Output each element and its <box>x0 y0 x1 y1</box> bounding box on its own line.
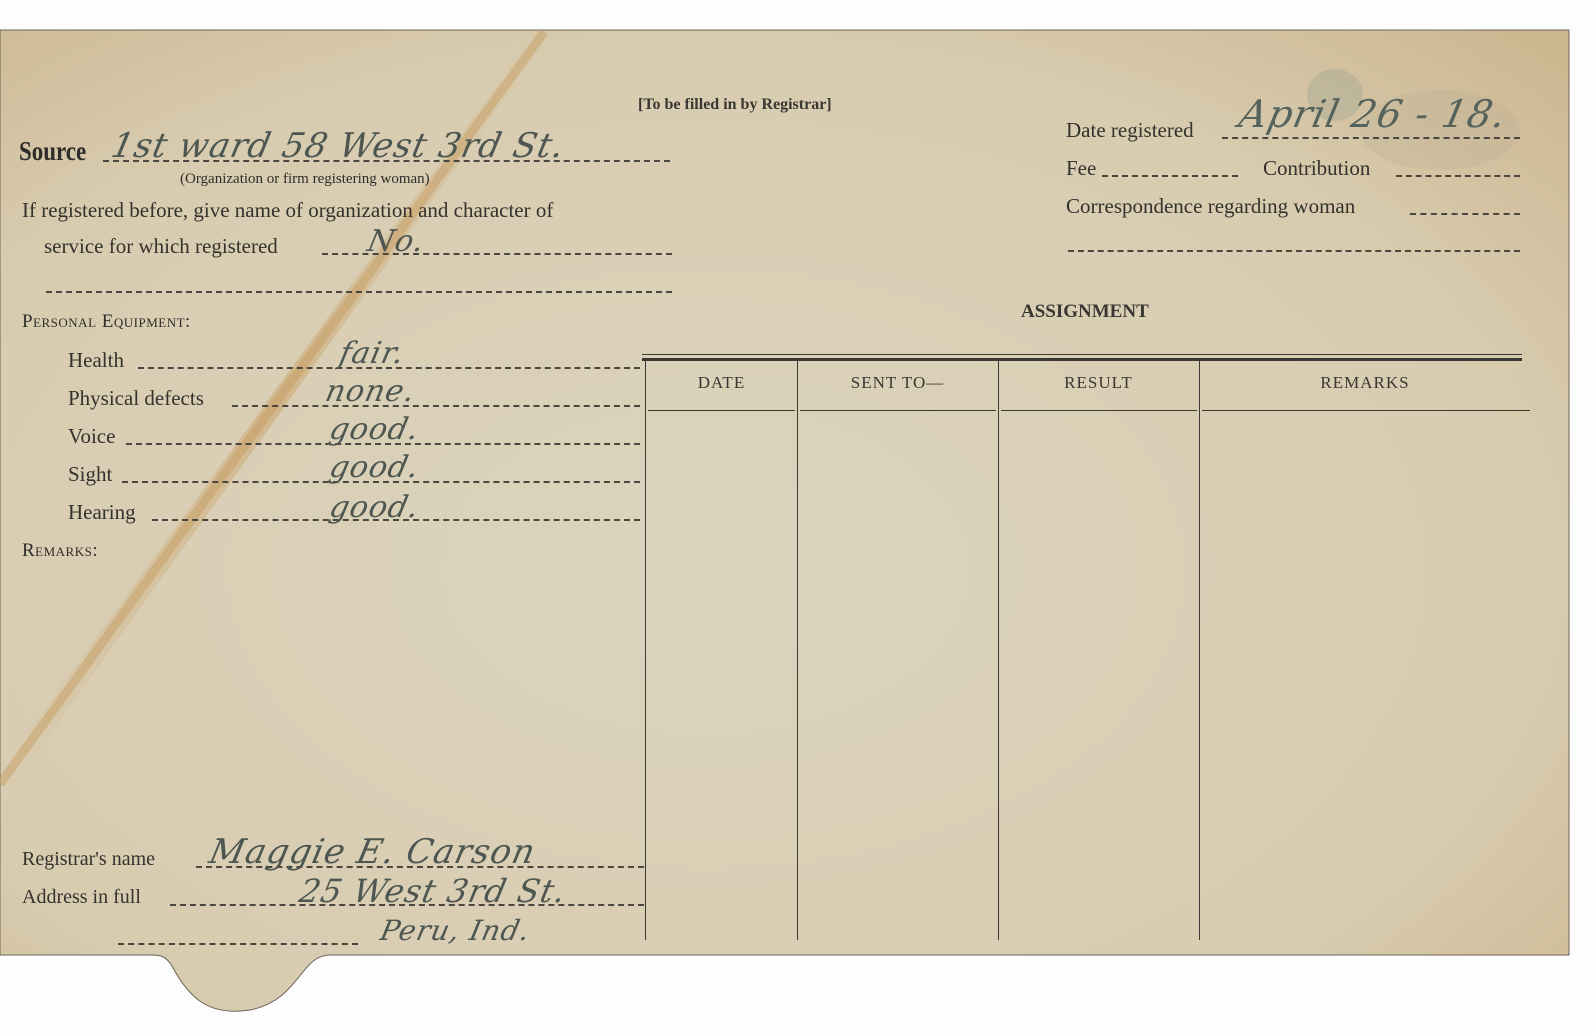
column-divider <box>797 360 798 940</box>
result-column-cells[interactable] <box>1001 414 1197 934</box>
contribution-field[interactable] <box>1396 175 1520 177</box>
hearing-value[interactable]: good. <box>326 490 423 525</box>
date-column-cells[interactable] <box>648 414 796 934</box>
assignment-top-rule <box>642 354 1522 355</box>
health-value[interactable]: fair. <box>336 336 408 371</box>
address-value-2[interactable]: Peru, Ind. <box>376 914 534 954</box>
remarks-heading: Remarks: <box>22 540 98 562</box>
sight-value[interactable]: good. <box>326 450 423 485</box>
column-divider <box>1199 360 1200 940</box>
registered-before-label-2: service for which registered <box>44 234 278 259</box>
column-header-sent-to: SENT TO— <box>797 373 998 393</box>
registrar-name-value[interactable]: Maggie E. Carson <box>206 832 540 872</box>
column-divider <box>998 360 999 940</box>
address-value[interactable]: 25 West 3rd St. <box>296 872 570 910</box>
personal-equipment-heading: Personal Equipment: <box>22 311 191 333</box>
header-rule <box>648 410 795 411</box>
source-value[interactable]: 1st ward 58 West 3rd St. <box>108 126 569 166</box>
registrar-name-label: Registrar's name <box>22 848 155 871</box>
column-header-remarks: REMARKS <box>1199 373 1531 393</box>
header-rule <box>800 410 996 411</box>
date-registered-value[interactable]: April 26 - 18. <box>1235 92 1510 136</box>
physical-defects-value[interactable]: none. <box>322 374 418 409</box>
voice-label: Voice <box>68 424 115 449</box>
header-rule <box>1001 410 1197 411</box>
fee-label: Fee <box>1066 156 1096 181</box>
registered-before-line-2 <box>46 291 672 293</box>
source-label: Source <box>19 136 86 167</box>
physical-defects-line <box>232 405 640 407</box>
voice-value[interactable]: good. <box>326 412 423 447</box>
correspondence-field-2[interactable] <box>1068 250 1520 252</box>
physical-defects-label: Physical defects <box>68 386 204 411</box>
sent-to-column-cells[interactable] <box>800 414 996 934</box>
registrar-note: [To be filled in by Registrar] <box>638 96 832 114</box>
hearing-label: Hearing <box>68 500 136 525</box>
header-rule <box>1202 410 1530 411</box>
address-label: Address in full <box>22 886 141 909</box>
health-label: Health <box>68 348 124 373</box>
column-divider <box>645 360 646 940</box>
registered-before-label: If registered before, give name of organ… <box>22 198 553 223</box>
assignment-title: ASSIGNMENT <box>1021 301 1149 323</box>
source-caption: (Organization or firm registering woman) <box>180 171 430 188</box>
correspondence-label: Correspondence regarding woman <box>1066 194 1355 219</box>
date-registered-label: Date registered <box>1066 118 1194 143</box>
address-line-2 <box>118 943 358 945</box>
correspondence-field[interactable] <box>1410 213 1520 215</box>
remarks-column-cells[interactable] <box>1202 414 1530 934</box>
contribution-label: Contribution <box>1263 156 1370 181</box>
registered-before-value[interactable]: No. <box>364 224 428 259</box>
assignment-top-rule-thick <box>642 358 1522 361</box>
registration-card: [To be filled in by Registrar] Source 1s… <box>0 0 1594 1035</box>
date-registered-line <box>1222 137 1520 139</box>
column-header-date: DATE <box>646 373 797 393</box>
fee-field[interactable] <box>1102 175 1238 177</box>
sight-label: Sight <box>68 462 112 487</box>
column-header-result: RESULT <box>998 373 1199 393</box>
